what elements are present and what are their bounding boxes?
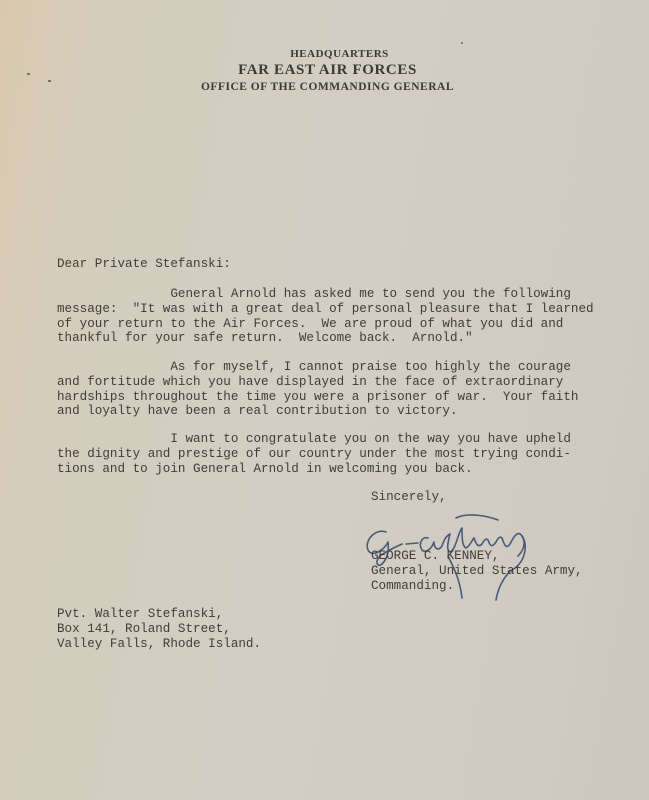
letterhead-headquarters: HEADQUARTERS [0, 49, 649, 61]
closing: Sincerely, [371, 490, 447, 505]
letterhead-office: OFFICE OF THE COMMANDING GENERAL [0, 81, 649, 93]
salutation: Dear Private Stefanski: [57, 257, 231, 272]
letterhead: HEADQUARTERS FAR EAST AIR FORCES OFFICE … [0, 49, 649, 93]
body-paragraph-3: I want to congratulate you on the way yo… [57, 432, 571, 476]
letterhead-organization: FAR EAST AIR FORCES [0, 63, 649, 79]
signature-block: GEORGE C. KENNEY, General, United States… [371, 549, 583, 593]
body-paragraph-2: As for myself, I cannot praise too highl… [57, 360, 578, 419]
body-paragraph-1: General Arnold has asked me to send you … [57, 287, 594, 346]
paper-speck [461, 42, 463, 44]
recipient-address: Pvt. Walter Stefanski, Box 141, Roland S… [57, 607, 261, 651]
